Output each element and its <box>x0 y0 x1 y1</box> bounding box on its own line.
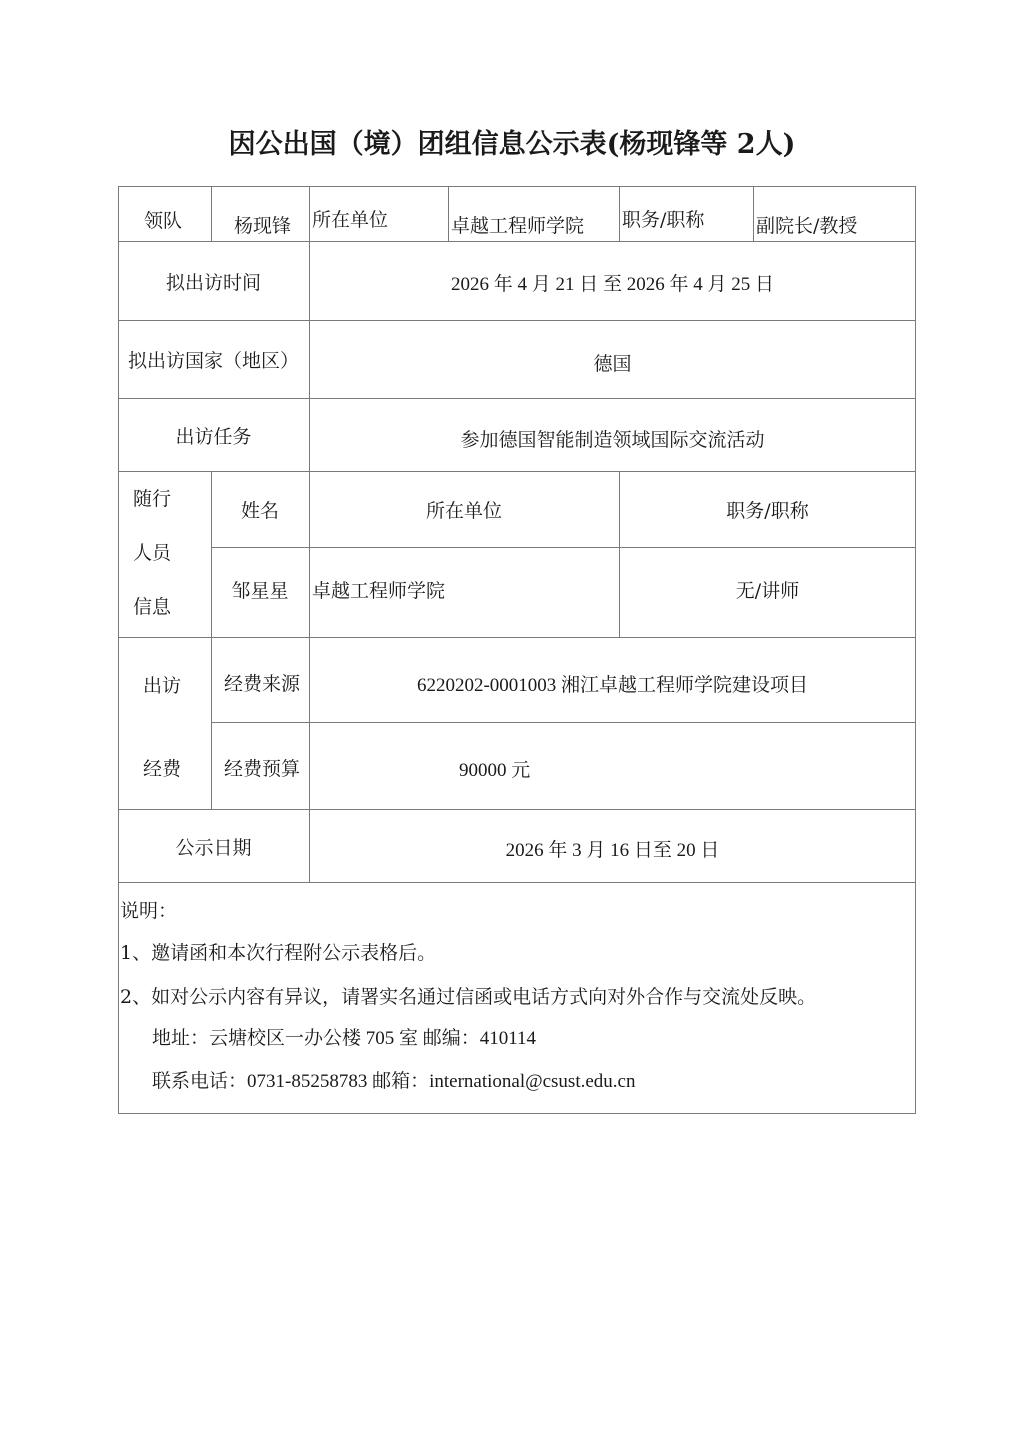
row-divider <box>211 722 916 723</box>
notes-contact: 联系电话：0731-85258783 邮箱：international@csus… <box>152 1070 635 1094</box>
row-divider <box>211 547 916 548</box>
leader-label: 领队 <box>144 209 182 233</box>
leader-name: 杨现锋 <box>234 214 291 238</box>
notes-heading: 说明： <box>120 899 177 923</box>
col-divider <box>753 186 754 241</box>
table-border-bottom <box>118 1113 916 1114</box>
companions-label-1: 随行 <box>133 487 171 511</box>
notes-item-2: 2、如对公示内容有异议，请署实名通过信函或电话方式向对外合作与交流处反映。 <box>120 985 816 1009</box>
visit-country-value: 德国 <box>309 352 916 376</box>
funding-source-label: 经费来源 <box>224 672 300 696</box>
leader-unit-label: 所在单位 <box>312 208 388 232</box>
table-border-top <box>118 186 916 187</box>
leader-position: 副院长/教授 <box>756 214 857 238</box>
companion-position: 无/讲师 <box>619 579 916 603</box>
visit-country-label: 拟出访国家（地区） <box>118 349 309 373</box>
row-divider <box>118 471 916 472</box>
row-divider <box>118 320 916 321</box>
publicity-label: 公示日期 <box>118 836 309 860</box>
funding-label-1: 出访 <box>143 674 181 698</box>
companion-unit: 卓越工程师学院 <box>312 579 445 603</box>
publicity-value: 2026 年 3 月 16 日至 20 日 <box>309 839 916 863</box>
funding-source: 6220202-0001003 湘江卓越工程师学院建设项目 <box>309 674 916 698</box>
companions-header-name: 姓名 <box>211 499 309 523</box>
row-divider <box>118 882 916 883</box>
col-divider <box>448 186 449 241</box>
table-border-right <box>915 186 916 1113</box>
companions-label-2: 人员 <box>133 541 171 565</box>
visit-time-value: 2026 年 4 月 21 日 至 2026 年 4 月 25 日 <box>309 273 916 297</box>
funding-label-2: 经费 <box>143 757 181 781</box>
funding-budget-label: 经费预算 <box>224 757 300 781</box>
leader-unit: 卓越工程师学院 <box>451 214 584 238</box>
visit-task-label: 出访任务 <box>118 425 309 449</box>
col-divider <box>619 186 620 241</box>
row-divider <box>118 241 916 242</box>
visit-task-value: 参加德国智能制造领域国际交流活动 <box>309 428 916 452</box>
notes-address: 地址：云塘校区一办公楼 705 室 邮编：410114 <box>152 1027 536 1051</box>
col-divider <box>619 471 620 637</box>
page-title: 因公出国（境）团组信息公示表(杨现锋等 2人) <box>0 122 1024 161</box>
row-divider <box>118 809 916 810</box>
row-divider <box>118 637 916 638</box>
visit-time-label: 拟出访时间 <box>118 271 309 295</box>
table-border-left <box>118 186 119 1113</box>
funding-budget: 90000 元 <box>459 759 530 783</box>
companions-header-position: 职务/职称 <box>619 499 916 523</box>
companions-header-unit: 所在单位 <box>309 499 619 523</box>
companion-name: 邹星星 <box>211 579 309 603</box>
leader-position-label: 职务/职称 <box>622 208 704 232</box>
notes-item-1: 1、邀请函和本次行程附公示表格后。 <box>120 941 436 965</box>
companions-label-3: 信息 <box>133 595 171 619</box>
col-divider <box>211 186 212 241</box>
row-divider <box>118 398 916 399</box>
